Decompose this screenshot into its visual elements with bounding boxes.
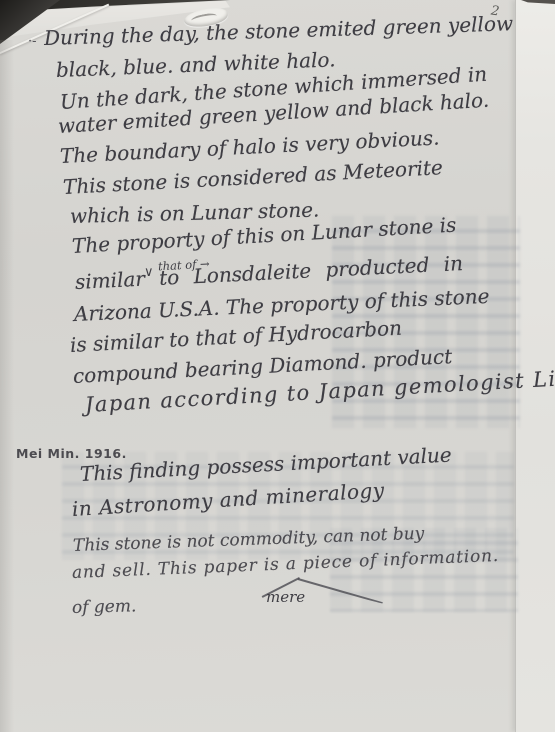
insertion-text-that-of: that of → [158, 257, 210, 274]
insertion-text-mere: mere [266, 588, 305, 606]
insertion-caret-mark: ∨ [144, 265, 154, 280]
leading-dash-mark: ·- [28, 34, 37, 49]
handwritten-line-18: of gem. [72, 596, 137, 618]
left-edge-shadow [0, 40, 14, 732]
margin-note-date: Mei Min. 1916. [16, 446, 127, 461]
scanned-page: 2 ·- During the day, the stone emited gr… [0, 0, 555, 732]
